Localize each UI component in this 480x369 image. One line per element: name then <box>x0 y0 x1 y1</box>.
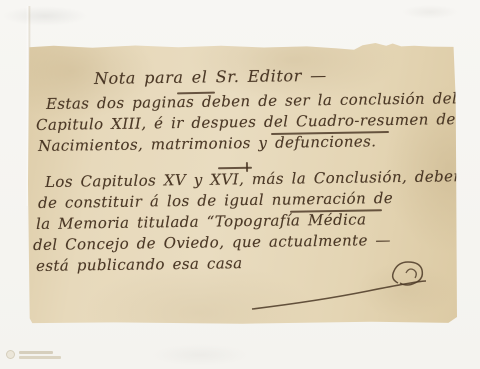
note-line: Los Capitulos XV y XVI, más la Conclusió… <box>45 166 464 192</box>
note-line: Nacimientos, matrimonios y defunciones. <box>38 131 377 156</box>
watermark-logo-icon <box>6 350 15 359</box>
library-watermark <box>6 348 96 364</box>
note-heading: Nota para el Sr. Editor — <box>94 66 327 89</box>
scanned-manuscript-page: { "page": { "background_color": "#f6f5f2… <box>0 0 480 369</box>
note-line: del Concejo de Oviedo, que actualmente — <box>33 230 391 255</box>
signature-flourish <box>248 255 453 313</box>
note-paper: Nota para el Sr. Editor — Estas dos pagi… <box>28 43 457 324</box>
note-line: está publicando esa casa <box>36 253 243 276</box>
watermark-text-line <box>19 351 53 354</box>
overline-xvi-tick <box>246 162 248 172</box>
watermark-text-line <box>19 356 61 359</box>
